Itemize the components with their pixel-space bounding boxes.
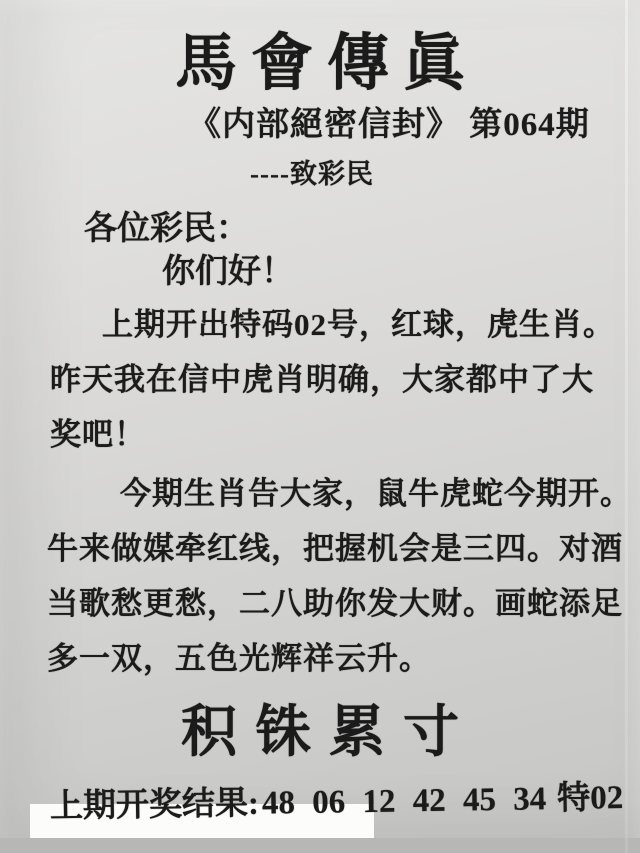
bottom-gray-band: [0, 838, 640, 853]
greeting: 你们好！: [162, 256, 294, 289]
special-number-prefix: 特: [557, 781, 591, 818]
paper-edge-fold: [625, 0, 628, 853]
page-title: 馬會傳眞: [175, 33, 479, 95]
results-label: 上期开奖结果:: [50, 786, 260, 825]
results-numbers: 48 06 12 42 45 34: [262, 781, 547, 821]
paragraph2-line2: 牛来做媒牵红线，把握机会是三四。对酒: [47, 533, 623, 564]
subtitle-issue-number: 《内部絕密信封》 第064期: [188, 109, 590, 142]
salutation: 各位彩民：: [84, 213, 249, 246]
paragraph2-line1: 今期生肖告大家，鼠牛虎蛇今期开。: [120, 478, 632, 509]
paragraph2-line3: 当歌愁更愁，二八助你发大财。画蛇添足: [47, 588, 623, 619]
special-number: 02: [590, 780, 624, 817]
fax-letter-photo: 馬會傳眞 《内部絕密信封》 第064期 ----致彩民 各位彩民： 你们好！ 上…: [0, 0, 640, 853]
paragraph1-line1: 上期开出特码02号，红球，虎生肖。: [102, 309, 615, 340]
paragraph2-line4: 多一双，五色光辉祥云升。: [47, 643, 431, 674]
idiom-headline: 积铢累寸: [181, 705, 477, 761]
paragraph1-line2: 昨天我在信中虎肖明确，大家都中了大: [50, 364, 594, 395]
dedication-line: ----致彩民: [250, 161, 374, 188]
previous-draw-results: 上期开奖结果:48 06 12 42 45 34特02: [50, 782, 624, 824]
paragraph1-line3: 奖吧！: [50, 419, 146, 450]
